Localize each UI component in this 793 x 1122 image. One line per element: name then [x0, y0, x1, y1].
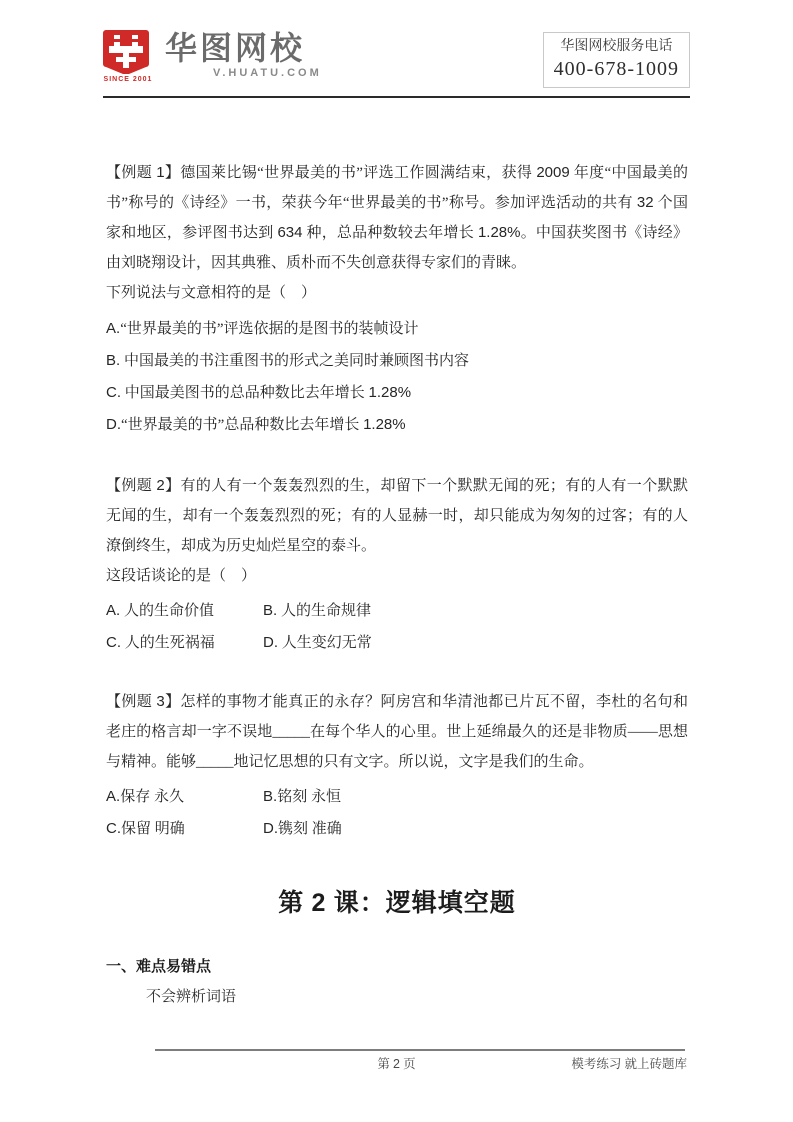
question-2-block: 【例题 2】有的人有一个轰轰烈烈的生，却留下一个默默无闻的死；有的人有一个默默无… [106, 471, 688, 659]
question-2-option-row: C. 人的生死祸福 D. 人生变幻无常 [106, 627, 688, 659]
question-1-options: A.“世界最美的书”评选依据的是图书的装帧设计 B. 中国最美的书注重图书的形式… [106, 313, 688, 441]
logo-since-label: SINCE 2001 [103, 76, 153, 83]
question-2-option-a: A. 人的生命价值 [106, 595, 263, 627]
brand-name: 华图网校 [165, 30, 322, 66]
question-3-option-b: B.铭刻 永恒 [263, 781, 341, 813]
question-3-options: A.保存 永久 B.铭刻 永恒 C.保留 明确 D.镌刻 准确 [106, 781, 688, 845]
question-2-prompt: 这段话谈论的是（ ） [106, 561, 688, 591]
brand-block: SINCE 2001 华图网校 V.HUATU.COM [103, 30, 322, 83]
question-2-stem: 【例题 2】有的人有一个轰轰烈烈的生，却留下一个默默无闻的死；有的人有一个默默无… [106, 471, 688, 561]
question-3-block: 【例题 3】怎样的事物才能真正的永存？阿房宫和华清池都已片瓦不留，李杜的名句和老… [106, 687, 688, 845]
huatu-logo-glyph [103, 30, 149, 74]
document-page: SINCE 2001 华图网校 V.HUATU.COM 华图网校服务电话 400… [0, 0, 793, 1122]
question-1-option-a: A.“世界最美的书”评选依据的是图书的装帧设计 [106, 313, 688, 345]
question-2-option-c: C. 人的生死祸福 [106, 627, 263, 659]
question-3-option-row: C.保留 明确 D.镌刻 准确 [106, 813, 688, 845]
huatu-logo-icon: SINCE 2001 [103, 30, 153, 83]
question-1-block: 【例题 1】德国莱比锡“世界最美的书”评选工作圆满结束，获得 2009 年度“中… [106, 158, 688, 441]
question-3-option-row: A.保存 永久 B.铭刻 永恒 [106, 781, 688, 813]
page-header: SINCE 2001 华图网校 V.HUATU.COM 华图网校服务电话 400… [103, 30, 690, 98]
question-3-stem: 【例题 3】怎样的事物才能真正的永存？阿房宫和华清池都已片瓦不留，李杜的名句和老… [106, 687, 688, 777]
question-3-option-d: D.镌刻 准确 [263, 813, 342, 845]
question-2-options: A. 人的生命价值 B. 人的生命规律 C. 人的生死祸福 D. 人生变幻无常 [106, 595, 688, 659]
question-3-option-c: C.保留 明确 [106, 813, 263, 845]
service-phone-box: 华图网校服务电话 400-678-1009 [543, 32, 690, 88]
question-3-option-a: A.保存 永久 [106, 781, 263, 813]
question-1-prompt: 下列说法与文意相符的是（ ） [106, 278, 688, 308]
page-footer: 第 2 页 模考练习 就上砖题库 [0, 1049, 793, 1073]
footer-rule [155, 1049, 685, 1051]
footer-slogan: 模考练习 就上砖题库 [571, 1055, 687, 1073]
question-1-stem: 【例题 1】德国莱比锡“世界最美的书”评选工作圆满结束，获得 2009 年度“中… [106, 158, 688, 278]
lesson-title: 第 2 课：逻辑填空题 [106, 885, 688, 922]
brand-url: V.HUATU.COM [213, 67, 322, 79]
question-1-option-d: D.“世界最美的书”总品种数比去年增长 1.28% [106, 409, 688, 441]
footer-row: 第 2 页 模考练习 就上砖题库 [0, 1055, 793, 1073]
question-2-option-b: B. 人的生命规律 [263, 595, 371, 627]
question-1-option-b: B. 中国最美的书注重图书的形式之美同时兼顾图书内容 [106, 345, 688, 377]
service-phone-number: 400-678-1009 [554, 57, 679, 82]
service-phone-label: 华图网校服务电话 [554, 37, 679, 57]
section-subitem: 不会辨析词语 [106, 982, 688, 1012]
section-heading: 一、难点易错点 [106, 952, 688, 982]
question-2-option-row: A. 人的生命价值 B. 人的生命规律 [106, 595, 688, 627]
brand-wordmark: 华图网校 V.HUATU.COM [165, 30, 322, 79]
question-1-option-c: C. 中国最美图书的总品种数比去年增长 1.28% [106, 377, 688, 409]
question-2-option-d: D. 人生变幻无常 [263, 627, 372, 659]
document-content: 【例题 1】德国莱比锡“世界最美的书”评选工作圆满结束，获得 2009 年度“中… [106, 158, 688, 1012]
